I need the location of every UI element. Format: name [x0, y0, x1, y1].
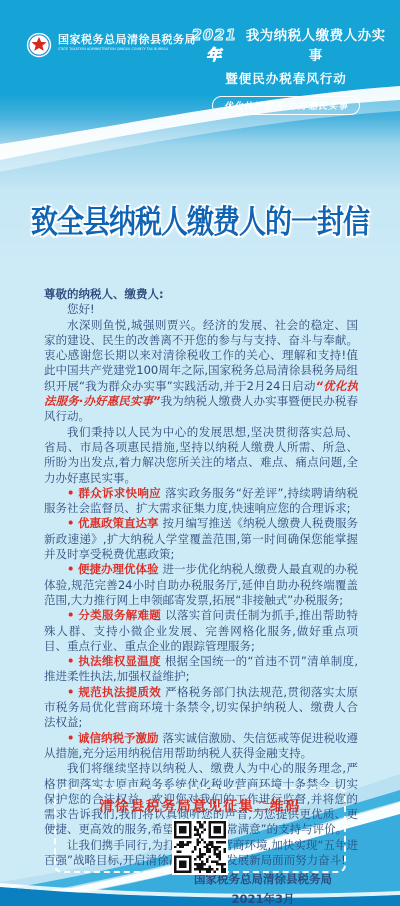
bullet-item: • 便捷办理优体验进一步优化纳税人缴费人最直观的办税体验,规范完善24小时自助办… — [44, 562, 358, 608]
campaign-subtitle: 暨便民办税春风行动 — [186, 69, 386, 87]
bullet-title: 便捷办理优体验 — [78, 562, 159, 576]
campaign-badge: 优化执法服务·办好惠民实事 — [212, 96, 360, 115]
bullet-title: 优惠政策直达享 — [78, 516, 159, 530]
bullet-item: • 诚信纳税予激励落实诚信激励、失信惩戒等促进税收遵从措施,充分运用纳税信用帮助… — [44, 731, 358, 762]
signature-date: 2021年3月 — [194, 892, 332, 906]
bullet-item: • 执法维权显温度根据全国统一的“首违不罚”清单制度,推进柔性执法,加强权益维护… — [44, 654, 358, 685]
bullet-icon: • — [67, 654, 74, 668]
campaign-title: 我为纳税人缴费人办实事 — [245, 24, 386, 64]
bullet-title: 执法维权显温度 — [78, 654, 161, 668]
bullet-item: • 规范执法提质效严格税务部门执法规范,贯彻落实太原市税务局优化营商环境十条禁令… — [44, 685, 358, 731]
bullet-title: 规范执法提质效 — [78, 685, 161, 699]
bullet-icon: • — [67, 562, 74, 576]
bullet-icon: • — [67, 486, 74, 500]
page-title: 致全县纳税人缴费人的一封信 — [0, 196, 400, 242]
signature-block: 国家税务总局清徐县税务局 2021年3月 — [194, 872, 332, 906]
greeting: 您好! — [44, 302, 358, 317]
qr-section-title: 清徐县税务局意见征集二维码 — [99, 796, 301, 816]
bullet-title: 诚信纳税予激励 — [78, 731, 159, 745]
bullet-icon: • — [67, 608, 74, 622]
bullet-icon: • — [67, 516, 74, 530]
logo-subtitle: STATE TAXATION ADMINISTRATION QINGXU COU… — [58, 47, 168, 51]
bullet-item: • 群众诉求快响应落实政务服务“好差评”,持续聘请纳税服务社会监督员、扩大需求征… — [44, 486, 358, 517]
campaign-line1: 2021年 我为纳税人缴费人办实事 — [186, 24, 386, 65]
bullet-title: 群众诉求快响应 — [78, 486, 161, 500]
paragraph-1-pre: 水深则鱼悦,城强则贾兴。经济的发展、社会的稳定、国家的建设、民生的改善离不开您的… — [44, 318, 358, 393]
tax-letter-poster: 国家税务总局清徐县税务局 STATE TAXATION ADMINISTRATI… — [0, 0, 400, 906]
paragraph-1: 水深则鱼悦,城强则贾兴。经济的发展、社会的稳定、国家的建设、民生的改善离不开您的… — [44, 318, 358, 425]
bullet-title: 分类服务解难题 — [78, 608, 161, 622]
campaign-year: 2021年 — [186, 26, 242, 65]
qr-section: 清徐县税务局意见征集二维码 — [54, 787, 346, 873]
bullet-icon: • — [67, 731, 74, 745]
bullet-item: • 优惠政策直达享按月编写推送《纳税人缴费人税费服务新政速递》,扩大纳税人学堂覆… — [44, 516, 358, 562]
header: 国家税务总局清徐县税务局 STATE TAXATION ADMINISTRATI… — [0, 24, 400, 94]
tax-bureau-emblem-icon — [26, 32, 52, 58]
bullet-item: • 分类服务解难题以落实首问责任制为抓手,推出帮助特殊人群、支持小微企业发展、完… — [44, 608, 358, 654]
paragraph-2: 我们秉持以人民为中心的发展思想,坚决贯彻落实总局、省局、市局各项惠民措施,坚持以… — [44, 425, 358, 486]
qr-code — [172, 819, 228, 875]
campaign-slogan-block: 2021年 我为纳税人缴费人办实事 暨便民办税春风行动 优化执法服务·办好惠民实… — [186, 24, 386, 115]
bullet-icon: • — [67, 685, 74, 699]
salutation: 尊敬的纳税人、缴费人: — [44, 287, 358, 302]
